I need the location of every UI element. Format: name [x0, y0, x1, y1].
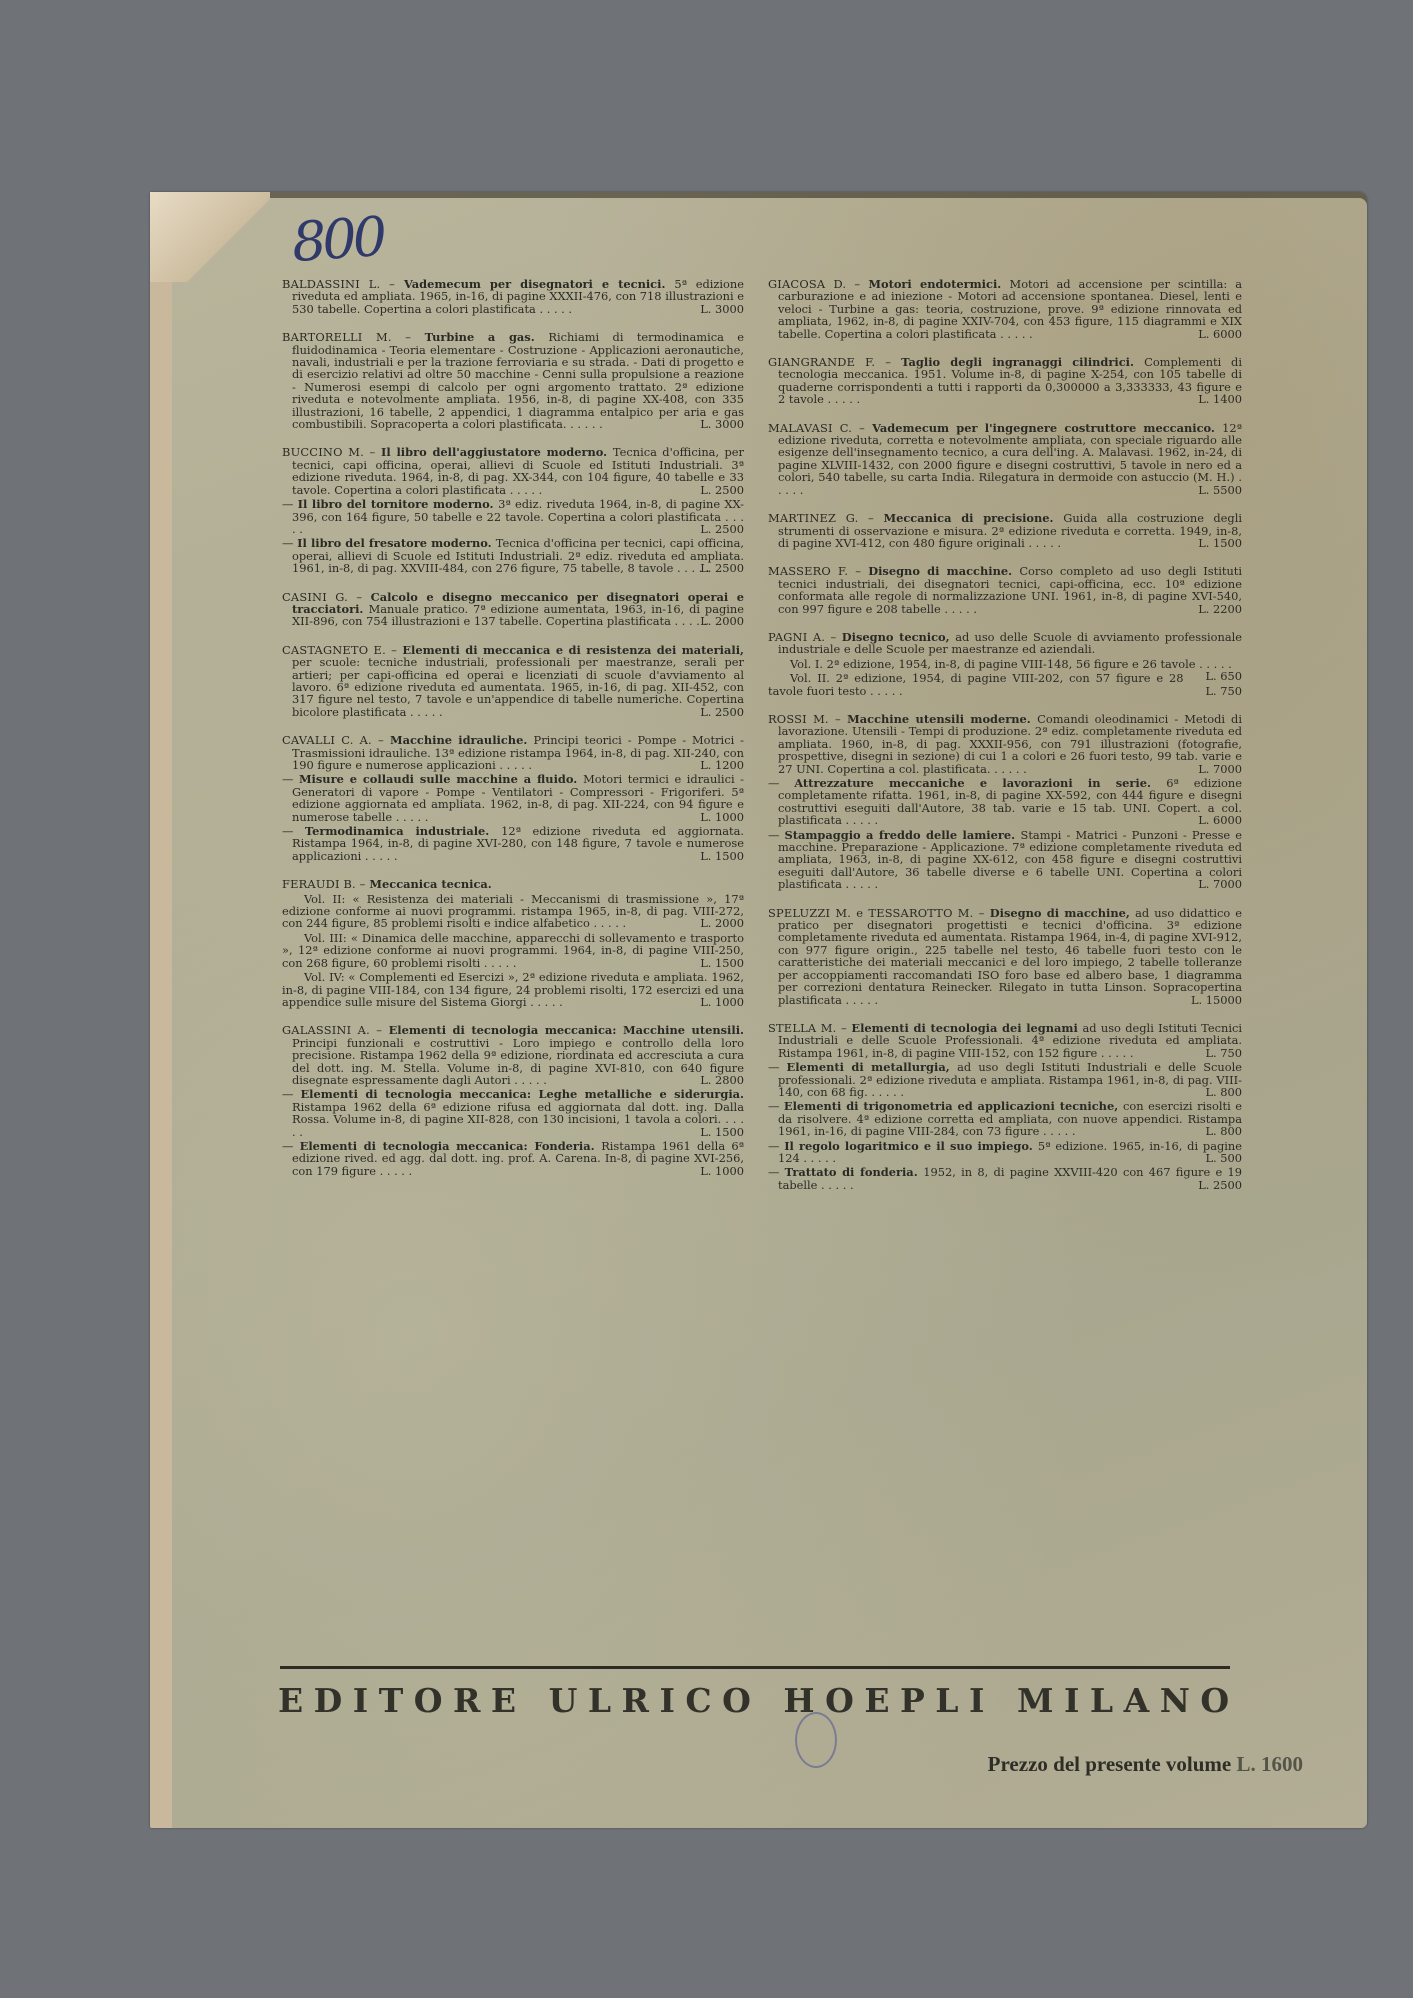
divider-rule — [280, 1666, 1230, 1669]
book-price: L. 800 — [1215, 1086, 1242, 1098]
catalogue-entry: ROSSI M. – Macchine utensili moderne. Co… — [768, 713, 1242, 891]
catalogue-entry: MALAVASI C. – Vademecum per l'ingegnere … — [768, 422, 1242, 496]
cover-price-amount: L. 1600 — [1236, 1752, 1303, 1776]
handwritten-price-note: 800 — [290, 205, 385, 274]
book-price: L. 500 — [1215, 1152, 1242, 1164]
book-listing: MALAVASI C. – Vademecum per l'ingegnere … — [768, 422, 1242, 496]
catalogue-column-right: GIACOSA D. – Motori endotermici. Motori … — [768, 278, 1242, 1207]
book-price: L. 2000 — [710, 615, 744, 627]
book-price: L. 2500 — [710, 562, 744, 574]
book-listing: GIANGRANDE F. – Taglio degli ingranaggi … — [768, 356, 1242, 406]
book-listing: GALASSINI A. – Elementi di tecnologia me… — [282, 1024, 744, 1086]
catalogue-entry: MASSERO F. – Disegno di macchine. Corso … — [768, 565, 1242, 615]
book-listing: BARTORELLI M. – Turbine a gas. Richiami … — [282, 331, 744, 430]
book-price: L. 15000 — [1201, 994, 1242, 1006]
volume-description: « Complementi ed Esercizi », 2ª edizione… — [282, 970, 744, 1009]
catalogue-entry: PAGNI A. – Disegno tecnico, ad uso delle… — [768, 631, 1242, 697]
book-price: L. 650 — [1183, 670, 1242, 682]
author-name: FERAUDI B. – — [282, 877, 369, 891]
book-description: Richiami di termodinamica e fluidodinami… — [292, 330, 744, 431]
volume-description: « Dinamica delle macchine, apparecchi di… — [282, 931, 744, 970]
book-price: L. 6000 — [1208, 328, 1242, 340]
catalogue-entry: BUCCINO M. – Il libro dell'aggiustatore … — [282, 446, 744, 574]
book-price: L. 2200 — [1208, 603, 1242, 615]
book-listing: — Il libro del fresatore moderno. Tecnic… — [282, 537, 744, 574]
book-listing: — Elementi di tecnologia meccanica: Fond… — [282, 1140, 744, 1177]
book-price: L. 3000 — [710, 418, 744, 430]
volume-description: 2ª edizione, 1954, in-8, di pagine VIII-… — [827, 657, 1232, 671]
publisher-imprint: EDITORE ULRICO HOEPLI MILANO — [278, 1681, 1234, 1720]
ink-stamp-mark — [795, 1712, 837, 1768]
book-price: L. 800 — [1215, 1125, 1242, 1137]
book-price: L. 2500 — [710, 523, 744, 535]
book-listing: — Il libro del tornitore moderno. 3ª edi… — [282, 498, 744, 535]
book-price: L. 1000 — [678, 996, 744, 1008]
book-description: ad uso didattico e pratico per disegnato… — [778, 906, 1242, 1007]
cover-price: Prezzo del presente volume L. 1600 — [988, 1752, 1303, 1777]
book-price: L. 750 — [1183, 685, 1242, 697]
book-listing: — Misure e collaudi sulle macchine a flu… — [282, 773, 744, 823]
catalogue-entry: MARTINEZ G. – Meccanica di precisione. G… — [768, 512, 1242, 549]
book-listing: BUCCINO M. – Il libro dell'aggiustatore … — [282, 446, 744, 496]
book-price: L. 1400 — [1208, 393, 1242, 405]
cover-price-label: Prezzo del presente volume — [988, 1752, 1232, 1776]
catalogue-entry: CAVALLI C. A. – Macchine idrauliche. Pri… — [282, 734, 744, 862]
series-title: Meccanica tecnica. — [369, 877, 491, 891]
book-price: L. 2500 — [1208, 1179, 1242, 1191]
book-price: L. 2500 — [710, 484, 744, 496]
catalogue-entry: GIANGRANDE F. – Taglio degli ingranaggi … — [768, 356, 1242, 406]
book-listing: — Termodinamica industriale. 12ª edizion… — [282, 825, 744, 862]
volume-listing: Vol. III: « Dinamica delle macchine, app… — [282, 932, 744, 969]
catalogue-entry: GIACOSA D. – Motori endotermici. Motori … — [768, 278, 1242, 340]
catalogue-entry: CASTAGNETO E. – Elementi di meccanica e … — [282, 644, 744, 718]
book-listing: BALDASSINI L. – Vademecum per disegnator… — [282, 278, 744, 315]
catalogue-entry: CASINI G. – Calcolo e disegno meccanico … — [282, 591, 744, 628]
book-listing: CASINI G. – Calcolo e disegno meccanico … — [282, 591, 744, 628]
volume-listing: Vol. IV: « Complementi ed Esercizi », 2ª… — [282, 971, 744, 1008]
book-price: L. 2800 — [710, 1074, 744, 1086]
book-listing: CASTAGNETO E. – Elementi di meccanica e … — [282, 644, 744, 718]
book-price: L. 5500 — [1208, 484, 1242, 496]
book-description: Ristampa 1962 della 6ª edizione rifusa e… — [292, 1100, 744, 1139]
book-price: L. 2500 — [710, 706, 744, 718]
book-price: L. 6000 — [1208, 814, 1242, 826]
book-listing: — Trattato di fonderia. 1952, in 8, di p… — [768, 1166, 1242, 1191]
catalogue-entry: BARTORELLI M. – Turbine a gas. Richiami … — [282, 331, 744, 430]
book-listing: ROSSI M. – Macchine utensili moderne. Co… — [768, 713, 1242, 775]
catalogue-column-left: BALDASSINI L. – Vademecum per disegnator… — [282, 278, 744, 1207]
book-description: per scuole: tecniche industriali, profes… — [292, 655, 744, 719]
book-listing: GIACOSA D. – Motori endotermici. Motori … — [768, 278, 1242, 340]
book-description: Principi funzionali e costruttivi - Loro… — [292, 1036, 744, 1087]
book-listing: CAVALLI C. A. – Macchine idrauliche. Pri… — [282, 734, 744, 771]
catalogue-entry: FERAUDI B. – Meccanica tecnica. Vol. II:… — [282, 878, 744, 1008]
volume-listing: Vol. II: « Resistenza dei materiali - Me… — [282, 893, 744, 930]
book-listing: MARTINEZ G. – Meccanica di precisione. G… — [768, 512, 1242, 549]
book-listing: SPELUZZI M. e TESSAROTTO M. – Disegno di… — [768, 907, 1242, 1006]
book-price: L. 750 — [1215, 1047, 1242, 1059]
book-price: L. 3000 — [710, 303, 744, 315]
book-price: L. 7000 — [1208, 763, 1242, 775]
worn-corner — [150, 192, 270, 282]
book-listing: — Elementi di trigonometria ed applicazi… — [768, 1100, 1242, 1137]
book-price: L. 1500 — [678, 957, 744, 969]
book-listing: — Elementi di tecnologia meccanica: Legh… — [282, 1088, 744, 1138]
volume-listing: Vol. I. 2ª edizione, 1954, in-8, di pagi… — [768, 658, 1242, 670]
book-listing: — Stampaggio a freddo delle lamiere. Sta… — [768, 829, 1242, 891]
book-listing: MASSERO F. – Disegno di macchine. Corso … — [768, 565, 1242, 615]
catalogue-entry: GALASSINI A. – Elementi di tecnologia me… — [282, 1024, 744, 1177]
book-price: L. 1500 — [710, 1126, 744, 1138]
book-price: L. 1500 — [710, 850, 744, 862]
book-price: L. 1000 — [710, 1165, 744, 1177]
catalogue-entry: STELLA M. – Elementi di tecnologia dei l… — [768, 1022, 1242, 1191]
book-listing: — Il regolo logaritmico e il suo impiego… — [768, 1140, 1242, 1165]
catalogue-entry: BALDASSINI L. – Vademecum per disegnator… — [282, 278, 744, 315]
catalogue-listing: BALDASSINI L. – Vademecum per disegnator… — [282, 278, 1242, 1207]
book-price: L. 1200 — [710, 759, 744, 771]
book-listing: STELLA M. – Elementi di tecnologia dei l… — [768, 1022, 1242, 1059]
book-listing: — Attrezzature meccaniche e lavorazioni … — [768, 777, 1242, 827]
book-price: L. 1500 — [1208, 537, 1242, 549]
book-price: L. 1000 — [710, 811, 744, 823]
volume-label: Vol. I. — [790, 657, 827, 671]
series-heading: PAGNI A. – Disegno tecnico, ad uso delle… — [768, 631, 1242, 656]
volume-listing: Vol. II. 2ª edizione, 1954, di pagine VI… — [768, 672, 1242, 697]
book-price: L. 7000 — [1208, 878, 1242, 890]
book-listing: — Elementi di metallurgia, ad uso degli … — [768, 1061, 1242, 1098]
book-price: L. 2000 — [678, 917, 744, 929]
catalogue-entry: SPELUZZI M. e TESSAROTTO M. – Disegno di… — [768, 907, 1242, 1006]
series-heading: FERAUDI B. – Meccanica tecnica. — [282, 878, 744, 890]
